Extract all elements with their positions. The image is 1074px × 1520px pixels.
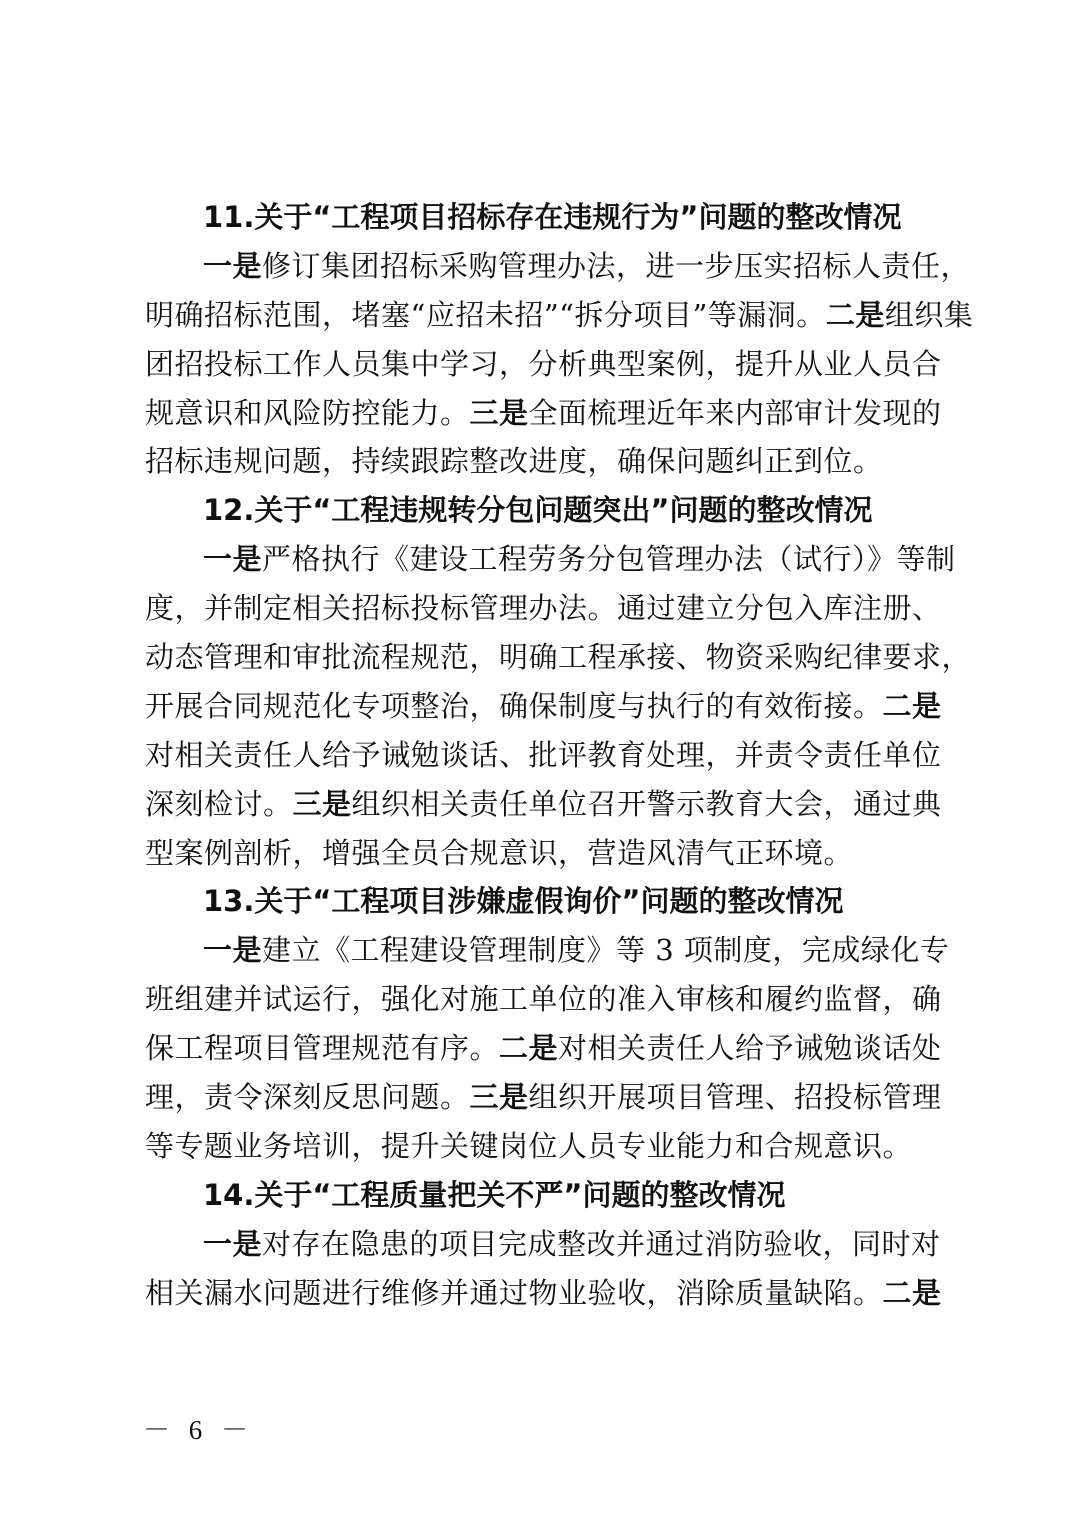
line-text: 型案例剖析，增强全员合规意识，营造风清气正环境。 bbox=[145, 836, 853, 870]
paragraph-line: 一是修订集团招标采购管理办法，进一步压实招标人责任， bbox=[145, 242, 935, 291]
line-text: 开展合同规范化专项整治，确保制度与执行的有效衔接。 bbox=[145, 689, 883, 723]
bold-marker: 三是 bbox=[293, 787, 352, 821]
paragraph-line: 理，责令深刻反思问题。三是组织开展项目管理、招投标管理 bbox=[145, 1073, 935, 1122]
bold-marker: 二是 bbox=[883, 1276, 942, 1310]
line-text: 对相关责任人给予诫勉谈话处 bbox=[558, 1031, 942, 1065]
paragraph-line: 相关漏水问题进行维修并通过物业验收，消除质量缺陷。二是 bbox=[145, 1269, 935, 1318]
paragraph-line: 一是建立《工程建设管理制度》等 3 项制度，完成绿化专 bbox=[145, 926, 935, 975]
line-text: 明确招标范围，堵塞“应招未招”“拆分项目”等漏洞。 bbox=[145, 298, 826, 332]
section-heading-13: 13.关于“工程项目涉嫌虚假询价”问题的整改情况 bbox=[145, 877, 935, 926]
paragraph-line: 规意识和风险防控能力。三是全面梳理近年来内部审计发现的 bbox=[145, 389, 935, 438]
line-text: 组织相关责任单位召开警示教育大会，通过典 bbox=[352, 787, 942, 821]
line-text: 规意识和风险防控能力。 bbox=[145, 396, 470, 430]
paragraph-line: 等专题业务培训，提升关键岗位人员专业能力和合规意识。 bbox=[145, 1122, 935, 1171]
line-text: 全面梳理近年来内部审计发现的 bbox=[529, 396, 942, 430]
section-heading-11: 11.关于“工程项目招标存在违规行为”问题的整改情况 bbox=[145, 193, 935, 242]
paragraph-line: 开展合同规范化专项整治，确保制度与执行的有效衔接。二是 bbox=[145, 682, 935, 731]
paragraph-line: 班组建并试运行，强化对施工单位的准入审核和履约监督，确 bbox=[145, 975, 935, 1024]
line-text: 动态管理和审批流程规范，明确工程承接、物资采购纪律要求， bbox=[145, 640, 971, 674]
line-text: 班组建并试运行，强化对施工单位的准入审核和履约监督，确 bbox=[145, 982, 942, 1016]
line-text: 对相关责任人给予诫勉谈话、批评教育处理，并责令责任单位 bbox=[145, 738, 942, 772]
paragraph-line: 深刻检讨。三是组织相关责任单位召开警示教育大会，通过典 bbox=[145, 780, 935, 829]
bold-marker: 三是 bbox=[470, 1080, 529, 1114]
paragraph-line: 一是严格执行《建设工程劳务分包管理办法（试行）》等制 bbox=[145, 535, 935, 584]
paragraph-line: 动态管理和审批流程规范，明确工程承接、物资采购纪律要求， bbox=[145, 633, 935, 682]
line-text: 深刻检讨。 bbox=[145, 787, 293, 821]
paragraph-line: 度，并制定相关招标投标管理办法。通过建立分包入库注册、 bbox=[145, 584, 935, 633]
page-number: － 6 － bbox=[143, 1408, 254, 1447]
paragraph-line: 一是对存在隐患的项目完成整改并通过消防验收，同时对 bbox=[145, 1220, 935, 1269]
line-text: 修订集团招标采购管理办法，进一步压实招标人责任， bbox=[262, 249, 970, 283]
line-text: 建立《工程建设管理制度》等 3 项制度，完成绿化专 bbox=[262, 933, 949, 967]
bold-marker: 一是 bbox=[203, 542, 262, 576]
bold-marker: 一是 bbox=[203, 249, 262, 283]
bold-marker: 二是 bbox=[826, 298, 885, 332]
paragraph-line: 保工程项目管理规范有序。二是对相关责任人给予诫勉谈话处 bbox=[145, 1024, 935, 1073]
line-text: 相关漏水问题进行维修并通过物业验收，消除质量缺陷。 bbox=[145, 1276, 883, 1310]
line-text: 度，并制定相关招标投标管理办法。通过建立分包入库注册、 bbox=[145, 591, 942, 625]
paragraph-line: 型案例剖析，增强全员合规意识，营造风清气正环境。 bbox=[145, 829, 935, 878]
paragraph-line: 明确招标范围，堵塞“应招未招”“拆分项目”等漏洞。二是组织集 bbox=[145, 291, 935, 340]
line-text: 招标违规问题，持续跟踪整改进度，确保问题纠正到位。 bbox=[145, 444, 883, 478]
bold-marker: 一是 bbox=[203, 1227, 262, 1261]
bold-marker: 三是 bbox=[470, 396, 529, 430]
bold-marker: 二是 bbox=[499, 1031, 558, 1065]
section-heading-14: 14.关于“工程质量把关不严”问题的整改情况 bbox=[145, 1171, 935, 1220]
paragraph-line: 对相关责任人给予诫勉谈话、批评教育处理，并责令责任单位 bbox=[145, 731, 935, 780]
document-body: 11.关于“工程项目招标存在违规行为”问题的整改情况 一是修订集团招标采购管理办… bbox=[145, 193, 935, 1317]
bold-marker: 一是 bbox=[203, 933, 262, 967]
paragraph-line: 团招投标工作人员集中学习，分析典型案例，提升从业人员合 bbox=[145, 340, 935, 389]
line-text: 保工程项目管理规范有序。 bbox=[145, 1031, 499, 1065]
line-text: 对存在隐患的项目完成整改并通过消防验收，同时对 bbox=[262, 1227, 941, 1261]
bold-marker: 二是 bbox=[883, 689, 942, 723]
line-text: 严格执行《建设工程劳务分包管理办法（试行）》等制 bbox=[262, 542, 956, 576]
line-text: 理，责令深刻反思问题。 bbox=[145, 1080, 470, 1114]
line-text: 组织集 bbox=[885, 298, 974, 332]
paragraph-line: 招标违规问题，持续跟踪整改进度，确保问题纠正到位。 bbox=[145, 437, 935, 486]
line-text: 等专题业务培训，提升关键岗位人员专业能力和合规意识。 bbox=[145, 1129, 912, 1163]
line-text: 团招投标工作人员集中学习，分析典型案例，提升从业人员合 bbox=[145, 347, 942, 381]
section-heading-12: 12.关于“工程违规转分包问题突出”问题的整改情况 bbox=[145, 486, 935, 535]
line-text: 组织开展项目管理、招投标管理 bbox=[529, 1080, 942, 1114]
document-page: 11.关于“工程项目招标存在违规行为”问题的整改情况 一是修订集团招标采购管理办… bbox=[0, 0, 1074, 1520]
